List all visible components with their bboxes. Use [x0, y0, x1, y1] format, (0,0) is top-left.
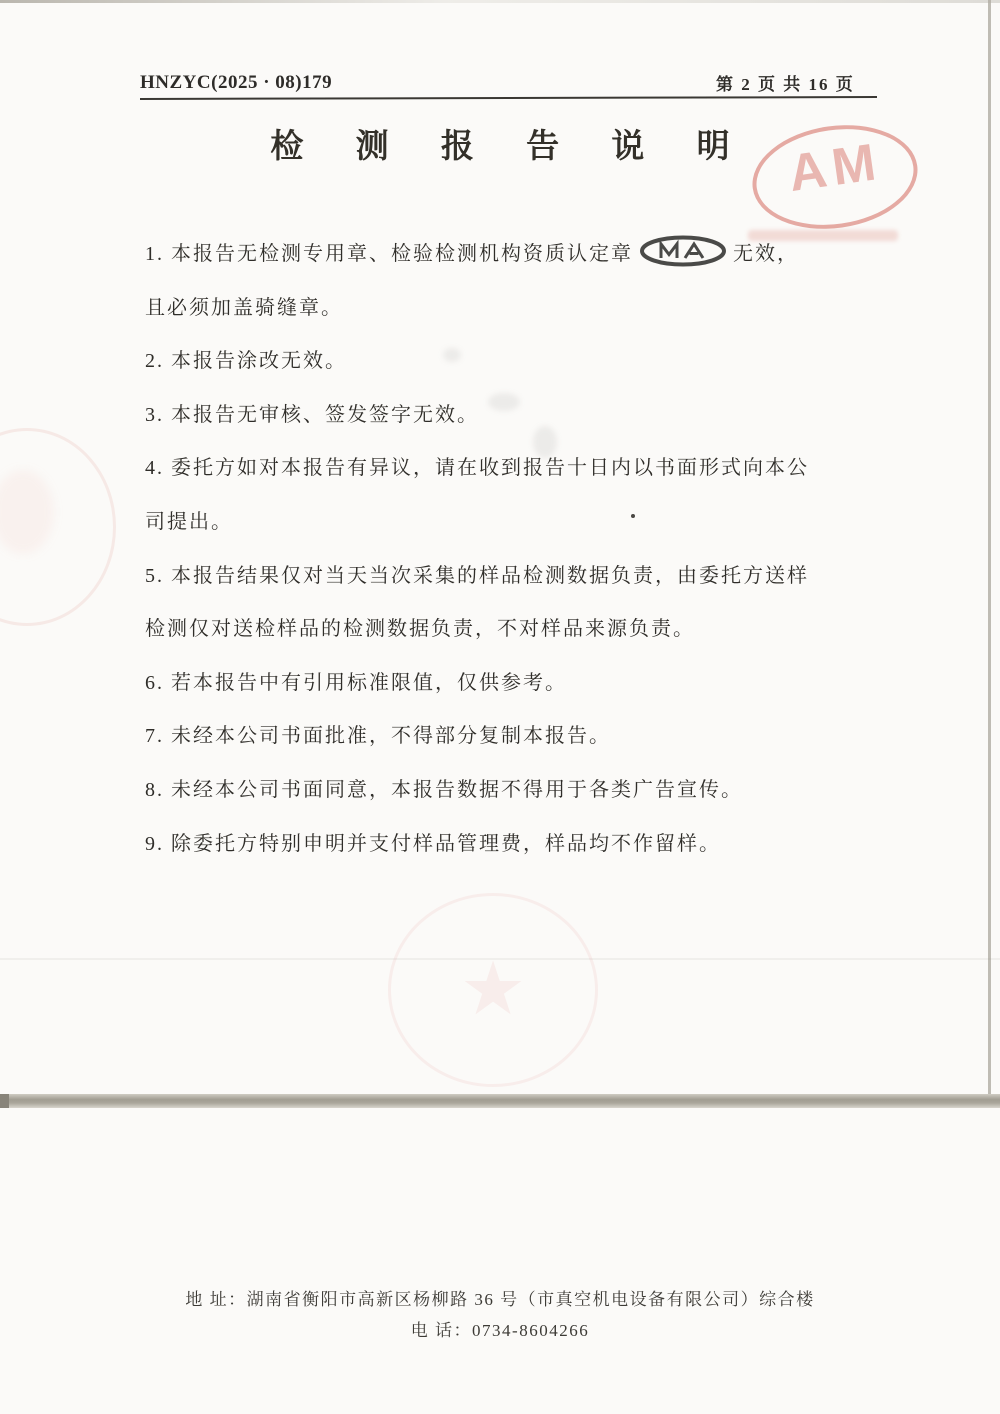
document-code: HNZYC(2025 · 08)179	[140, 72, 332, 94]
scan-paper-edge-band-cap	[0, 1094, 9, 1108]
footer-phone: 电 话：0734-8604266	[0, 1315, 1000, 1346]
notice-line-1: 1. 本报告无检测专用章、检验检测机构资质认定章 无效，	[145, 228, 867, 282]
header-rule	[140, 96, 877, 100]
stamp-star-icon: ★	[460, 953, 526, 1027]
cma-mark-icon	[639, 235, 727, 289]
footer: 地 址：湖南省衡阳市高新区杨柳路 36 号（市真空机电设备有限公司）综合楼 电 …	[0, 1284, 1000, 1346]
notice-line-4-cont: 司提出。	[145, 496, 867, 550]
faint-round-stamp-icon: ★	[388, 893, 598, 1087]
notice-line-8: 8. 未经本公司书面同意，本报告数据不得用于各类广告宣传。	[145, 764, 867, 818]
scanned-report-page: AM ★ HNZYC(2025 · 08)179 第 2 页 共 16 页 检 …	[0, 0, 1000, 1414]
footer-address: 地 址：湖南省衡阳市高新区杨柳路 36 号（市真空机电设备有限公司）综合楼	[0, 1284, 1000, 1315]
scan-paper-edge-band	[0, 1094, 1000, 1108]
notice-line-5-cont: 检测仅对送检样品的检测数据负责，不对样品来源负责。	[145, 603, 867, 657]
notice-line-1-pre: 1. 本报告无检测专用章、检验检测机构资质认定章	[145, 243, 633, 265]
notice-line-3: 3. 本报告无审核、签发签字无效。	[145, 389, 867, 443]
page-indicator: 第 2 页 共 16 页	[716, 70, 855, 95]
notice-line-1-cont: 且必须加盖骑缝章。	[145, 282, 867, 336]
notice-line-9: 9. 除委托方特别申明并支付样品管理费，样品均不作留样。	[145, 818, 867, 872]
page-title: 检 测 报 告 说 明	[0, 120, 1000, 167]
notice-line-1-post: 无效，	[733, 243, 799, 265]
notice-line-4: 4. 委托方如对本报告有异议，请在收到报告十日内以书面形式向本公	[145, 442, 867, 496]
notice-list: 1. 本报告无检测专用章、检验检测机构资质认定章 无效， 且必须加盖骑缝章。 2…	[145, 228, 867, 871]
notice-line-7: 7. 未经本公司书面批准，不得部分复制本报告。	[145, 710, 867, 764]
notice-line-6: 6. 若本报告中有引用标准限值，仅供参考。	[145, 657, 867, 711]
scan-top-edge	[0, 0, 1000, 3]
notice-line-5: 5. 本报告结果仅对当天当次采集的样品检测数据负责，由委托方送样	[145, 550, 867, 604]
notice-line-2: 2. 本报告涂改无效。	[145, 335, 867, 389]
